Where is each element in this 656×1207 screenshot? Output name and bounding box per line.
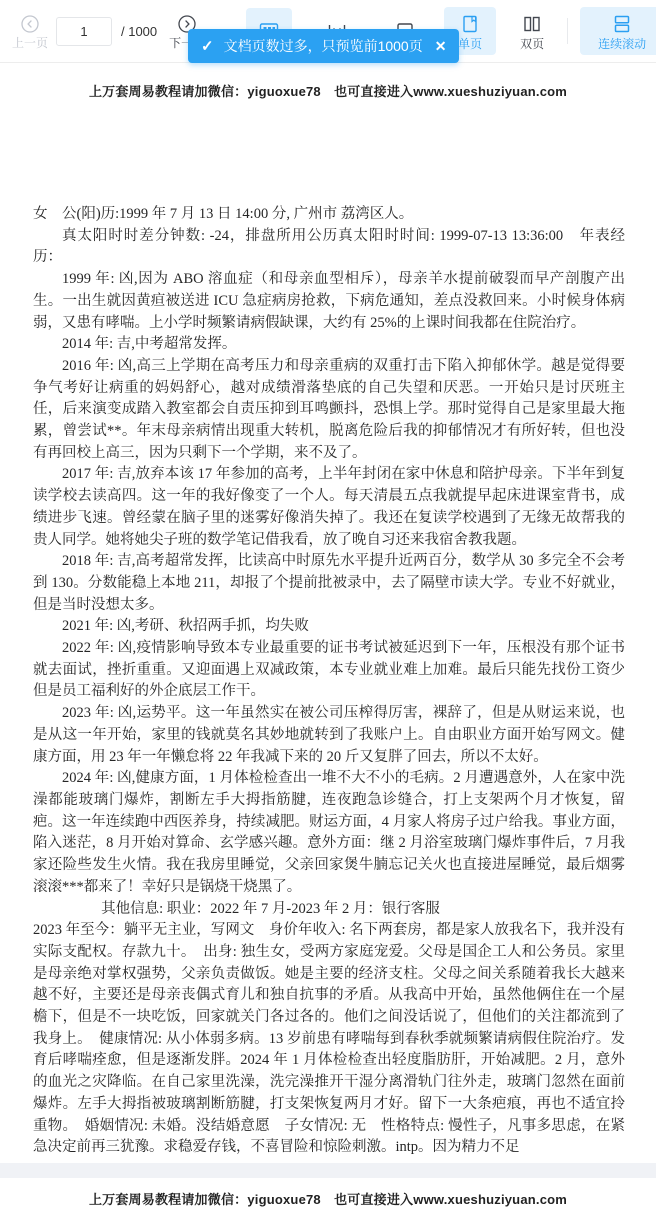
paragraph: 2014 年: 吉,中考超常发挥。 xyxy=(33,334,625,356)
double-page-label: 双页 xyxy=(520,38,544,50)
paragraph: 真太阳时时差分钟数: -24，排盘所用公历真太阳时时间: 1999-07-13 … xyxy=(33,226,625,269)
toolbar-divider xyxy=(567,18,568,44)
paragraph: 女 公(阳)历:1999 年 7 月 13 日 14:00 分, 广州市 荔湾区… xyxy=(33,204,625,226)
page-number-input[interactable] xyxy=(56,17,112,46)
paragraph: 2016 年: 凶,高三上学期在高考压力和母亲重病的双重打击下陷入抑郁休学。越是… xyxy=(33,356,625,465)
double-page-icon xyxy=(521,13,543,35)
paragraph: 2018 年: 吉,高考超常发挥，比读高中时原先水平提升近两百分，数学从 30 … xyxy=(33,551,625,616)
continuous-scroll-button[interactable]: 连续滚动 xyxy=(580,7,656,55)
check-icon: ✓ xyxy=(201,37,214,55)
single-page-label: 单页 xyxy=(458,38,482,50)
page-limit-toast: ✓ 文档页数过多，只预览前1000页 ✕ xyxy=(188,29,459,63)
continuous-scroll-icon xyxy=(611,13,633,35)
continuous-scroll-label: 连续滚动 xyxy=(598,38,646,50)
paragraph: 2023 年: 凶,运势平。这一年虽然实在被公司压榨得厉害，裸辞了，但是从财运来… xyxy=(33,703,625,768)
paragraph: 2022 年: 凶,疫情影响导致本专业最重要的证书考试被延迟到下一年，压根没有那… xyxy=(33,638,625,703)
paragraph: 2023 年至今：躺平无主业，写网文 身价年收入: 名下两套房，都是家人放我名下… xyxy=(33,920,625,1159)
double-page-button[interactable]: 双页 xyxy=(506,7,558,55)
page-header-line: 上万套周易教程请加微信：yiguoxue78 也可直接进入www.xueshuz… xyxy=(0,62,656,100)
prev-page-button[interactable]: 上一页 xyxy=(8,7,52,55)
document-page-1: 上万套周易教程请加微信：yiguoxue78 也可直接进入www.xueshuz… xyxy=(0,62,656,1163)
circle-chevron-left-icon xyxy=(20,14,40,34)
paragraph: 其他信息: 职业：2022 年 7 月-2023 年 2 月：银行客服 xyxy=(33,899,625,921)
page-separator xyxy=(0,1163,656,1178)
document-page-2: 上万套周易教程请加微信：yiguoxue78 也可直接进入www.xueshuz… xyxy=(0,1178,656,1207)
document-body: 女 公(阳)历:1999 年 7 月 13 日 14:00 分, 广州市 荔湾区… xyxy=(33,204,625,1159)
prev-page-label: 上一页 xyxy=(12,37,48,49)
toast-message: 文档页数过多，只预览前1000页 xyxy=(224,36,423,56)
paragraph: 2024 年: 凶,健康方面，1 月体检检查出一堆不大不小的毛病。2 月遭遇意外… xyxy=(33,768,625,898)
single-page-icon xyxy=(459,13,481,35)
paragraph: 1999 年: 凶,因为 ABO 溶血症（和母亲血型相斥），母亲羊水提前破裂而早… xyxy=(33,269,625,334)
paragraph: 2017 年: 吉,放弃本该 17 年参加的高考，上半年封闭在家中休息和陪护母亲… xyxy=(33,464,625,551)
page-header-line: 上万套周易教程请加微信：yiguoxue78 也可直接进入www.xueshuz… xyxy=(0,1178,656,1207)
paragraph: 2021 年: 凶,考研、秋招两手抓，均失败 xyxy=(33,616,625,638)
page-total-label: / 1000 xyxy=(121,24,157,39)
close-icon[interactable]: ✕ xyxy=(435,38,447,55)
